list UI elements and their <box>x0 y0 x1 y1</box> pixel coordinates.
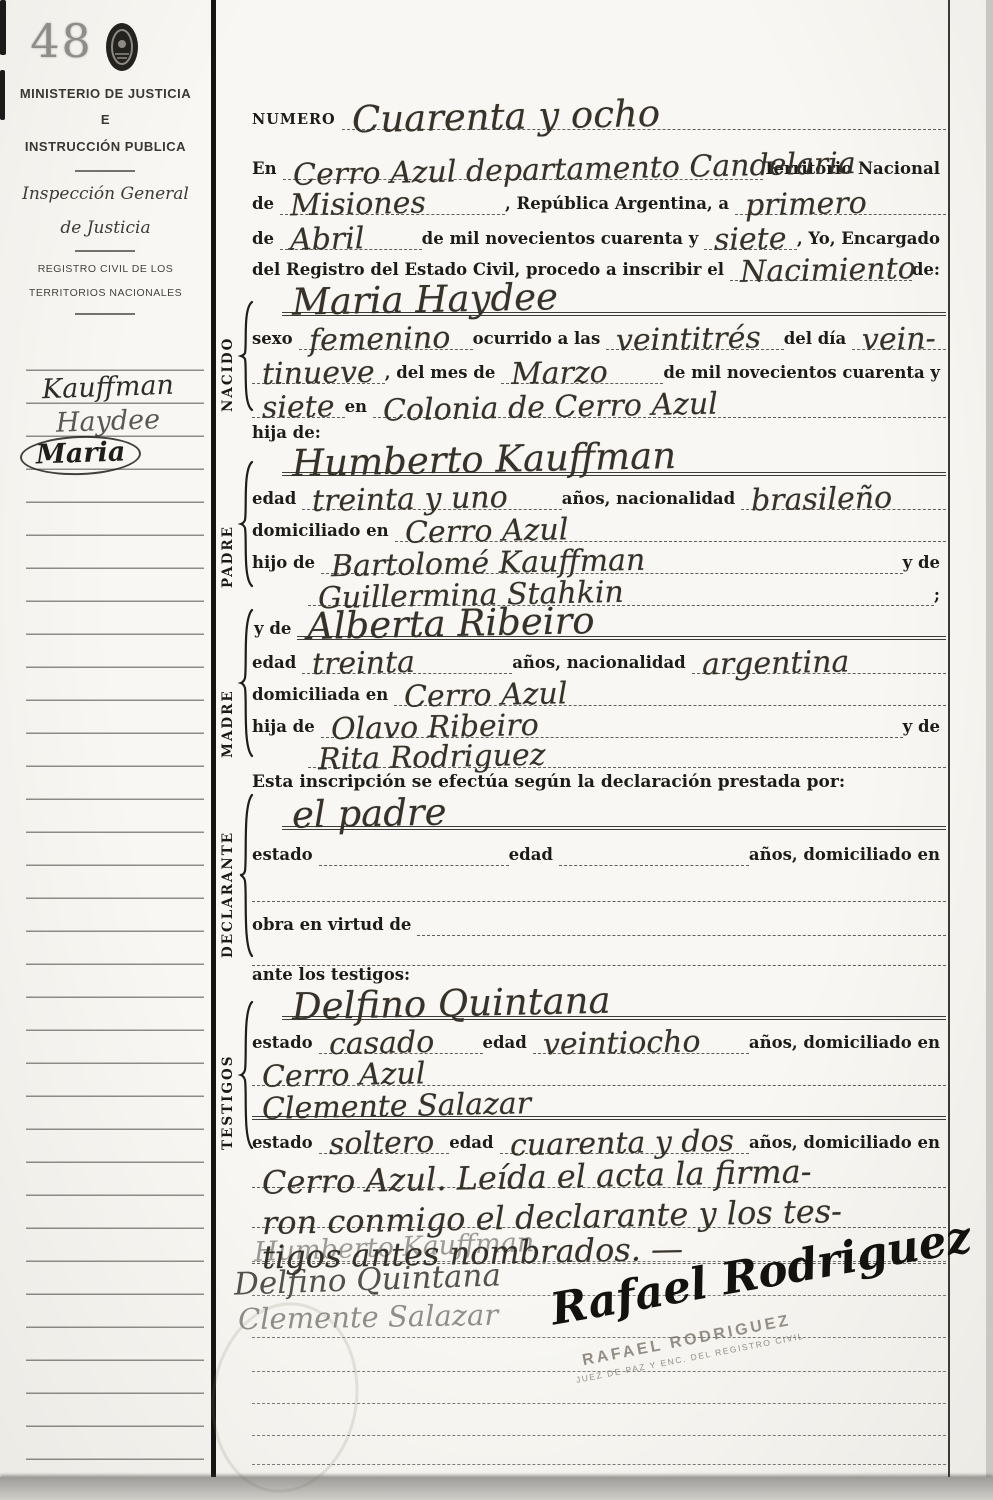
day-part1-handwritten: vein- <box>852 328 946 353</box>
hija-de-label: hija de <box>252 718 321 738</box>
nacionalidad-label: años, nacionalidad <box>562 490 741 510</box>
form-row-blank <box>252 940 946 966</box>
de-label: de <box>252 195 280 215</box>
y-de-label: y de <box>903 554 946 574</box>
section-padre: PADRE <box>220 460 256 588</box>
estado-label: estado <box>252 1034 319 1054</box>
edad-label: edad <box>483 1034 533 1054</box>
form-row-witness1-domicile: Cerro Azul <box>252 1054 946 1086</box>
edad-label: edad <box>449 1134 499 1154</box>
yo-encargado-label: , Yo, Encargado <box>797 230 946 250</box>
ministry-line-2: E <box>0 112 211 127</box>
section-nacido: NACIDO <box>220 300 256 412</box>
form-row-father-age: edad treinta y uno años, nacionalidad br… <box>252 478 946 510</box>
birthplace-value-handwritten: Colonia de Cerro Azul <box>373 393 728 423</box>
inspeccion-line-2: de Justicia <box>0 218 211 238</box>
registro-line-2: TERRITORIOS NACIONALES <box>0 287 211 299</box>
estado-label: estado <box>252 1134 319 1154</box>
domiciliado-label: años, domiciliado en <box>749 1134 946 1154</box>
maternal-grandmother-handwritten: Rita Rodriguez <box>308 744 556 772</box>
margin-ruled-lines <box>26 338 204 1464</box>
republica-label: , República Argentina, a <box>505 195 735 215</box>
month-value-handwritten: Marzo <box>501 362 618 387</box>
page-edge-shadow <box>986 0 993 1500</box>
form-row-paternal-grandmother: Guillermina Stahkin ; <box>252 574 946 606</box>
form-row-numero: NUMERO Cuarenta y ocho <box>252 88 946 130</box>
obra-label: obra en virtud de <box>252 916 417 936</box>
form-row-declarant-status: estado edad años, domiciliado en <box>252 834 946 866</box>
form-row-closing-1: Cerro Azul. Leída el acta la firma- <box>252 1154 946 1188</box>
section-testigos: TESTIGOS <box>220 1000 256 1150</box>
form-row-witness1-name: Delfino Quintana <box>252 986 946 1020</box>
inspeccion-line-1: Inspección General <box>0 184 211 204</box>
edad-label: edad <box>252 654 302 674</box>
child-name-handwritten: Maria Haydee <box>282 284 569 318</box>
form-row-birth-place: siete en Colonia de Cerro Azul <box>252 386 946 418</box>
sexo-label: sexo <box>252 330 299 350</box>
en-label: en <box>345 398 374 418</box>
form-row-sex-time: sexo femenino ocurrido a las veintitrés … <box>252 318 946 350</box>
territory-value-handwritten: Misiones <box>280 192 436 218</box>
day-value-handwritten: primero <box>735 193 877 219</box>
year-value-handwritten: siete <box>704 228 797 253</box>
mes-label: , del mes de <box>385 364 502 384</box>
sex-value-handwritten: femenino <box>298 327 460 353</box>
edad-label: edad <box>509 846 559 866</box>
form-row-obra: obra en virtud de <box>252 906 946 936</box>
margin-column: 48 MINISTERIO DE JUSTICIA E INSTRUCCIÓN … <box>0 0 211 1500</box>
form-row-declaration-intro: Esta inscripción se efectúa según la dec… <box>252 770 946 794</box>
testigos-vertical-label: TESTIGOS <box>220 1000 236 1150</box>
certificate-body: NUMERO Cuarenta y ocho En Cerro Azul dep… <box>218 0 948 1500</box>
form-row-witness2-name: Clemente Salazar <box>252 1088 946 1120</box>
de-label: de <box>252 230 280 250</box>
semicolon: ; <box>934 586 946 606</box>
domiciliada-label: domiciliada en <box>252 686 394 706</box>
form-row-maternal-grandfather: hija de Olavo Ribeiro y de <box>252 706 946 738</box>
en-label: En <box>252 160 283 180</box>
form-row-witness2-status: estado soltero edad cuarenta y dos años,… <box>252 1122 946 1154</box>
ministry-line-3: INSTRUCCIÓN PUBLICA <box>0 139 211 154</box>
madre-vertical-label: MADRE <box>220 608 236 758</box>
month-value-handwritten: Abril <box>280 228 375 253</box>
anio-label: de mil novecientos cuarenta y <box>663 364 946 384</box>
form-row-date: de Abril de mil novecientos cuarenta y s… <box>252 216 946 250</box>
registro-line-1: REGISTRO CIVIL DE LOS <box>0 263 211 275</box>
dia-label: del día <box>784 330 853 350</box>
y-de-label: y de <box>254 620 297 640</box>
witness1-domicile-handwritten: Cerro Azul <box>252 1063 436 1090</box>
witness1-name-handwritten: Delfino Quintana <box>282 988 621 1023</box>
form-row-maternal-grandmother: Rita Rodriguez <box>252 738 946 768</box>
y-de-label: y de <box>903 718 946 738</box>
margin-separator-rule <box>75 250 135 252</box>
argentina-coat-of-arms-seal-icon <box>102 20 142 78</box>
margin-middle-name: Haydee <box>18 403 199 440</box>
hijo-de-label: hijo de <box>252 554 321 574</box>
form-row-inscribe: del Registro del Estado Civil, procedo a… <box>252 251 946 281</box>
form-row-mother-age: edad treinta años, nacionalidad argentin… <box>252 642 946 674</box>
anio-label: de mil novecientos cuarenta y <box>422 230 705 250</box>
section-madre: MADRE <box>220 608 256 758</box>
domiciliado-label: años, domiciliado en <box>749 1034 946 1054</box>
year-value-handwritten: siete <box>252 396 345 421</box>
form-row-witness1-status: estado casado edad veintiocho años, domi… <box>252 1022 946 1054</box>
section-declarante: DECLARANTE <box>220 793 256 958</box>
nacionalidad-label: años, nacionalidad <box>512 654 691 674</box>
margin-separator-rule <box>75 170 135 172</box>
form-row-blank <box>252 1438 946 1465</box>
margin-surname: Kauffman <box>18 369 199 406</box>
hour-value-handwritten: veintitrés <box>606 327 771 353</box>
act-type-handwritten: Nacimiento <box>730 258 926 285</box>
right-rule-line <box>948 0 950 1500</box>
form-row-territory: de Misiones , República Argentina, a pri… <box>252 181 946 215</box>
padre-vertical-label: PADRE <box>220 460 236 588</box>
witness2-name-handwritten: Clemente Salazar <box>252 1093 542 1122</box>
declarante-vertical-label: DECLARANTE <box>220 793 236 958</box>
estado-label: estado <box>252 846 319 866</box>
declaration-intro-label: Esta inscripción se efectúa según la dec… <box>252 773 851 794</box>
father-name-handwritten: Humberto Kauffman <box>282 443 687 479</box>
mother-name-handwritten: Alberta Ribeiro <box>297 608 605 642</box>
form-row-father-name: Humberto Kauffman <box>252 442 946 476</box>
birth-certificate-scan: { "margin": { "number": "48", "seal_icon… <box>0 0 993 1500</box>
form-row-blank <box>252 874 946 902</box>
margin-separator-rule <box>75 313 135 315</box>
form-row-mother-name: y de Alberta Ribeiro <box>252 606 946 640</box>
margin-divider-line <box>211 0 216 1500</box>
domiciliado-label: domiciliado en <box>252 522 395 542</box>
numero-label: NUMERO <box>252 112 342 130</box>
form-row-declarant: el padre <box>252 796 946 830</box>
form-row-birth-month: tinueve , del mes de Marzo de mil noveci… <box>252 352 946 384</box>
day-part2-handwritten: tinueve <box>252 362 385 388</box>
form-row-paternal-grandfather: hijo de Bartolomé Kauffman y de <box>252 542 946 574</box>
numero-value-handwritten: Cuarenta y ocho <box>341 101 670 136</box>
nacido-vertical-label: NACIDO <box>220 300 236 412</box>
form-row-child-name: Maria Haydee <box>252 282 946 316</box>
form-row-place: En Cerro Azul departamento Candelaria Te… <box>252 146 946 180</box>
domiciliado-label: años, domiciliado en <box>749 846 946 866</box>
declarant-value-handwritten: el padre <box>282 799 457 831</box>
form-row-closing-2: ron conmigo el declarante y los tes- <box>252 1192 946 1228</box>
form-row-mother-domicile: domiciliada en Cerro Azul <box>252 674 946 706</box>
hora-label: ocurrido a las <box>473 330 607 350</box>
closing-line1-handwritten: Cerro Azul. Leída el acta la firma- <box>252 1160 822 1196</box>
form-row-father-domicile: domiciliado en Cerro Azul <box>252 510 946 542</box>
ministry-line-1: MINISTERIO DE JUSTICIA <box>0 86 211 101</box>
edad-label: edad <box>252 490 302 510</box>
